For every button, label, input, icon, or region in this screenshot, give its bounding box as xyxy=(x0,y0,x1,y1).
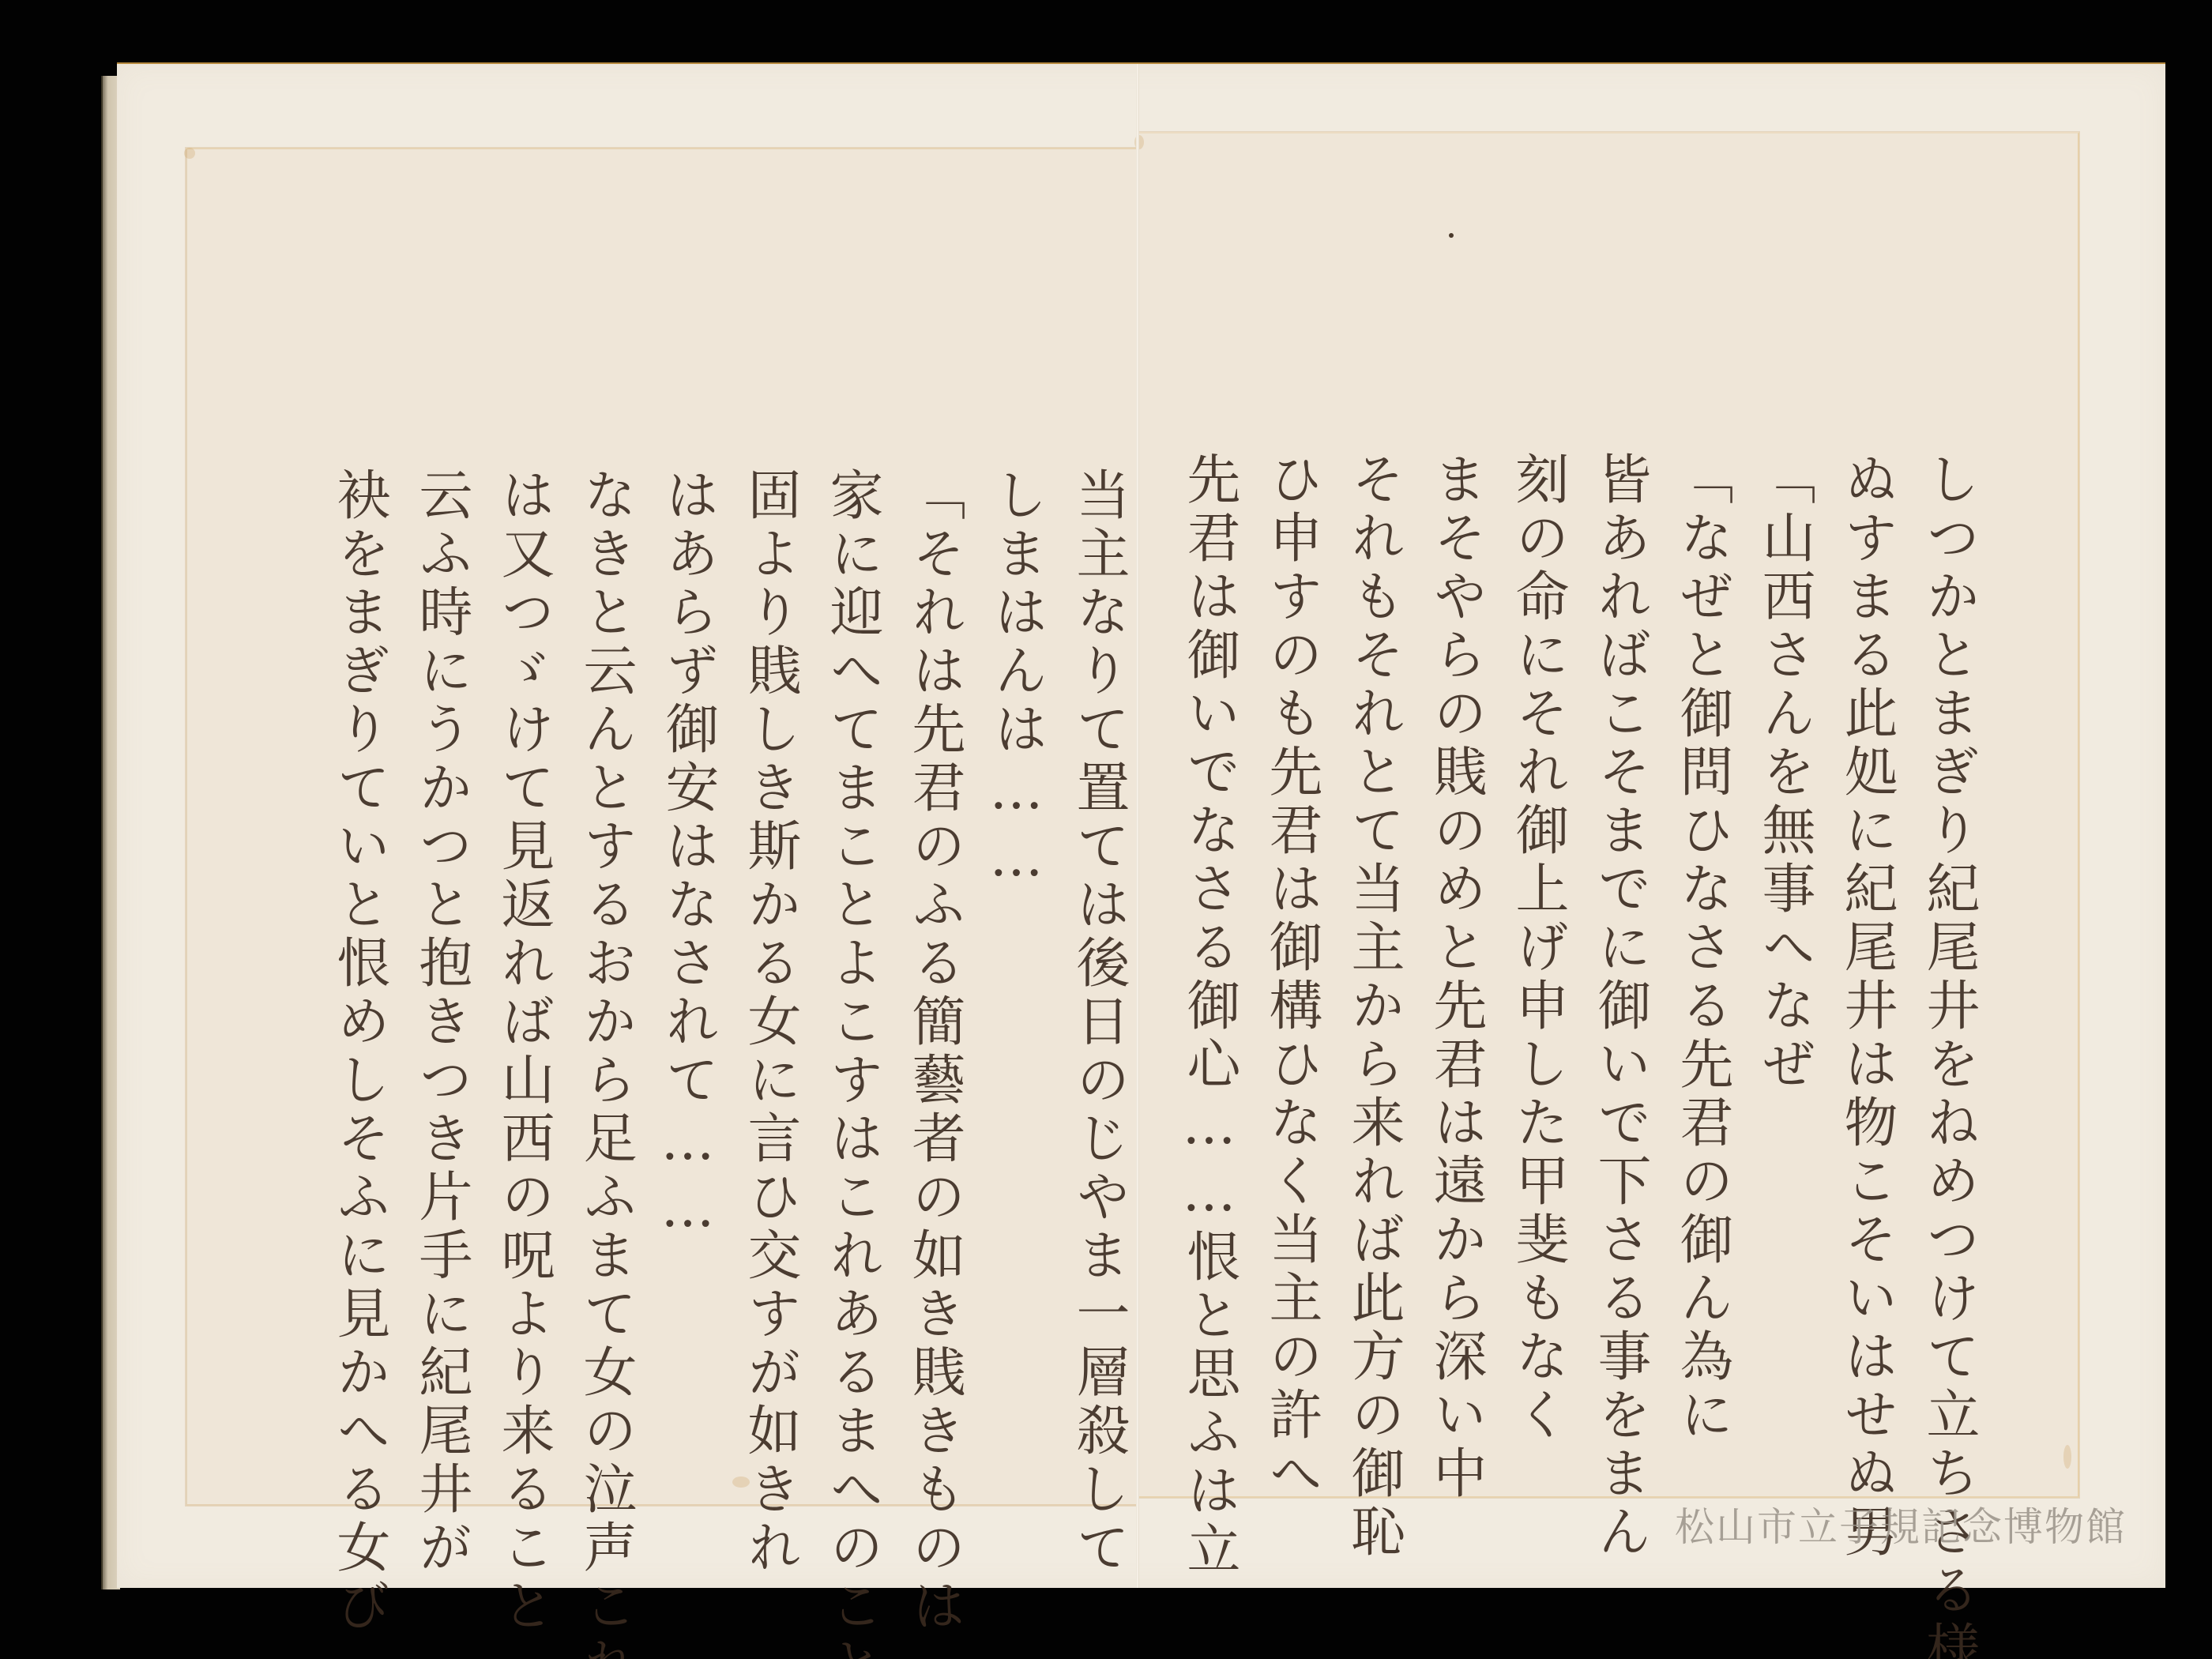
center-fold xyxy=(1136,64,1139,1588)
manuscript-column: 袂をまぎりていと恨めしそふに見かへる女び xyxy=(318,467,400,1415)
left-mounted-sheet: 当主なりて置ては後日のじやま一層殺して しまはんは…… 「それは先君のふる簡藝者… xyxy=(186,148,1138,1506)
manuscript-column: はあらず御安はなされて…… xyxy=(646,467,728,1415)
museum-watermark: 松山市立子規記念博物館 xyxy=(1675,1495,2127,1552)
manuscript-column: 「なぜと御問ひなさる先君の御ん為に xyxy=(1661,451,1743,1391)
manuscript-column: 家に迎へてまことよこすはこれあるまへのこと xyxy=(811,467,893,1415)
right-mounted-sheet: しつかとまぎり紀尾井をねめつけて立ちさる様 ぬすまる此処に紀尾井は物こそいはせぬ… xyxy=(1139,132,2079,1498)
manuscript-column: それもそれとて当主から来れば此方の御恥 xyxy=(1332,451,1414,1391)
manuscript-column: 固より賎しき斯かる女に言ひ交すが如きれ xyxy=(728,467,811,1415)
manuscript-column: ひ申すのも先君は御構ひなく当主の許へ xyxy=(1250,451,1332,1391)
manuscript-column: まそやらの賎のめと先君は遠から深い中 xyxy=(1414,451,1496,1391)
manuscript-column: しまはんは…… xyxy=(975,467,1057,1415)
ink-speck xyxy=(1449,233,1454,238)
manuscript-column: 「山西さんを無事へなぜ xyxy=(1743,451,1825,1391)
manuscript-column: しつかとまぎり紀尾井をねめつけて立ちさる様 xyxy=(1907,451,1989,1391)
manuscript-column: 皆あればこそまでに御いで下さる事をまん xyxy=(1578,451,1661,1391)
left-page-text: 当主なりて置ては後日のじやま一層殺して しまはんは…… 「それは先君のふる簡藝者… xyxy=(318,467,1139,1415)
foxing-stain xyxy=(184,148,195,159)
manuscript-column: ぬすまる此処に紀尾井は物こそいはせぬ男 xyxy=(1825,451,1907,1391)
right-page-text: しつかとまぎり紀尾井をねめつけて立ちさる様 ぬすまる此処に紀尾井は物こそいはせぬ… xyxy=(1168,451,1989,1391)
manuscript-column: なきと云んとするおから足ふまて女の泣声これ xyxy=(564,467,646,1415)
album-spread: 当主なりて置ては後日のじやま一層殺して しまはんは…… 「それは先君のふる簡藝者… xyxy=(117,62,2165,1588)
manuscript-column: 「それは先君のふる簡藝者の如き賎きものは xyxy=(893,467,975,1415)
foxing-stain xyxy=(2063,1445,2071,1469)
manuscript-column: 先君は御いでなさる御心……恨と思ふは立 xyxy=(1168,451,1250,1391)
manuscript-column: 当主なりて置ては後日のじやま一層殺して xyxy=(1057,467,1139,1415)
manuscript-column: 刻の命にそれ御上げ申した甲斐もなく xyxy=(1496,451,1578,1391)
manuscript-column: は又つゞけて見返れば山西の呪より来ること xyxy=(482,467,564,1415)
manuscript-column: 云ふ時にうかつと抱きつき片手に紀尾井が xyxy=(400,467,482,1415)
